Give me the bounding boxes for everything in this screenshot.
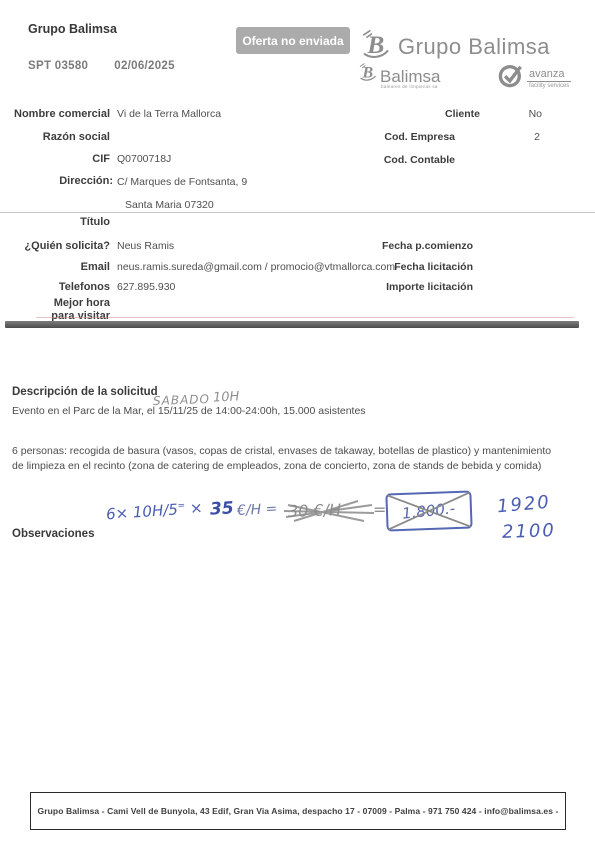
field-label-fecha-comienzo: Fecha p.comienzo [373, 240, 473, 252]
observations-heading: Observaciones [12, 528, 94, 540]
field-label-titulo: Título [0, 216, 110, 229]
grupo-balimsa-logo: B Grupo Balimsa [360, 28, 550, 65]
field-label-cod-empresa: Cod. Empresa [375, 131, 455, 143]
balimsa-b-icon: B [360, 28, 392, 65]
field-label-mejor-hora: Mejor hora para visitar [40, 297, 110, 323]
field-label-importe-licitacion: Importe licitación [373, 281, 473, 293]
field-value-direccion: C/ Marques de Fontsanta, 9 [117, 176, 247, 188]
field-label-razon-social: Razón social [0, 131, 110, 144]
footer-box: Grupo Balimsa - Cami Vell de Bunyola, 43… [30, 792, 566, 830]
box-cross-out [385, 491, 472, 532]
document-page: Grupo Balimsa SPT 0358002/06/2025 Oferta… [0, 0, 595, 842]
handwritten-rate-new: 35 [209, 498, 234, 519]
footer-address-line: Grupo Balimsa - Cami Vell de Bunyola, 43… [38, 806, 559, 816]
handwritten-alt-total-2: 2100 [502, 520, 557, 543]
reference-row: SPT 0358002/06/2025 [28, 60, 175, 72]
request-description-heading: Descripción de la solicitud [12, 386, 158, 398]
field-value-telefonos: 627.895.930 [117, 281, 175, 293]
handwritten-alt-total-1: 1920 [496, 492, 551, 518]
field-value-cliente: No [480, 108, 542, 120]
event-description-line: Evento en el Parc de la Mar, el 15/11/25… [12, 404, 572, 419]
field-value-cif: Q0700718J [117, 153, 171, 165]
field-value-cod-empresa: 2 [480, 131, 540, 143]
handwritten-equals: = [373, 500, 386, 519]
grupo-balimsa-logo-text: Grupo Balimsa [398, 34, 550, 60]
field-label-email: Email [0, 261, 110, 274]
field-value-localidad: Santa Maria 07320 [125, 199, 214, 211]
handwritten-calc-lhs: 6× 10H/5= × [105, 499, 203, 524]
section-divider-bar [5, 321, 579, 328]
field-label-telefonos: Telefonos [0, 281, 110, 294]
balimsa-small-b-icon: B [358, 62, 378, 87]
handwritten-boxed-total: 1.800.- [385, 491, 472, 532]
field-label-cod-contable: Cod. Contable [375, 154, 455, 166]
handwritten-rate-unit: €/H = [237, 501, 278, 519]
balimsa-logo-tagline: baleares de limpiezas sa [381, 84, 438, 89]
status-badge: Oferta no enviada [236, 27, 350, 54]
field-value-nombre-comercial: Vi de la Terra Mallorca [117, 108, 221, 120]
handwritten-crossed-rate: 30 €/H [288, 501, 372, 525]
field-label-direccion: Dirección: [0, 175, 113, 188]
avanza-logo: avanza facility services [497, 62, 571, 94]
field-label-quien-solicita: ¿Quién solicita? [0, 240, 110, 253]
page-fold-line [0, 212, 595, 213]
avanza-check-icon [497, 62, 524, 94]
field-label-fecha-licitacion: Fecha licitación [373, 261, 473, 273]
avanza-logo-text: avanza [527, 68, 571, 82]
service-detail-paragraph: 6 personas: recogida de basura (vasos, c… [12, 444, 562, 473]
avanza-logo-tagline: facility services [527, 82, 571, 89]
company-name: Grupo Balimsa [28, 22, 117, 36]
field-value-email: neus.ramis.sureda@gmail.com / promocio@v… [117, 261, 395, 273]
offer-date: 02/06/2025 [114, 60, 175, 72]
field-label-cliente: Cliente [400, 108, 480, 120]
field-value-quien-solicita: Neus Ramis [117, 240, 174, 252]
faint-divider-line [36, 317, 574, 318]
field-label-nombre-comercial: Nombre comercial [0, 108, 110, 121]
offer-reference: SPT 03580 [28, 60, 88, 72]
field-label-cif: CIF [0, 153, 110, 166]
